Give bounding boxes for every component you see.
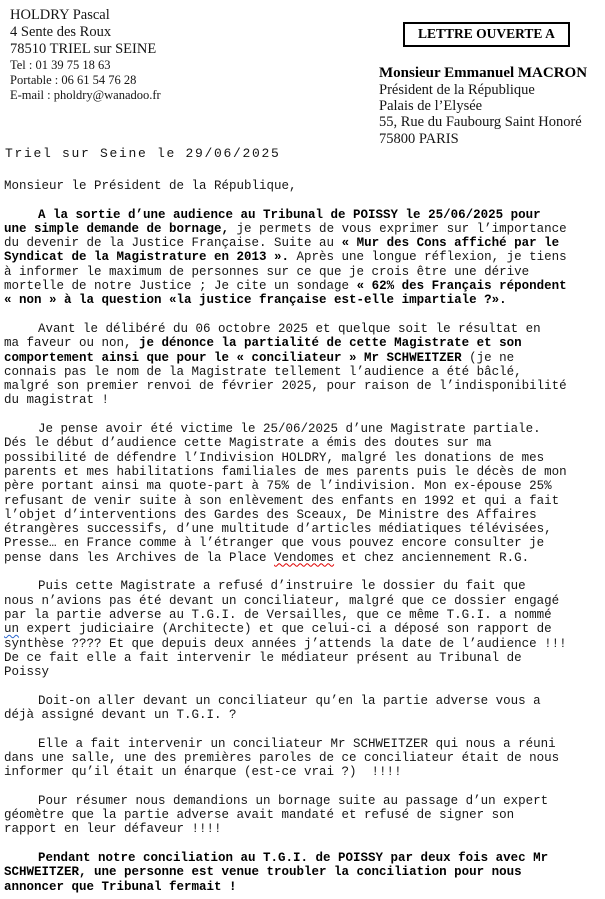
letter-body: Monsieur le Président de la République, … bbox=[4, 179, 601, 894]
text-run: SCHWEITZER, une personne est venue troub… bbox=[4, 865, 522, 879]
text-run: par la partie adverse au T.G.I. de Versa… bbox=[4, 608, 552, 622]
text-run: (je ne bbox=[462, 351, 515, 365]
text-run: Syndicat de la Magistrature en 2013 ». bbox=[4, 250, 289, 264]
text-run: Avant le délibéré du 06 octobre 2025 et … bbox=[38, 322, 541, 336]
body-line: père portant ainsi ma quote-part à 75% d… bbox=[4, 479, 601, 493]
sender-contact-line: Tel : 01 39 75 18 63 bbox=[10, 58, 161, 73]
body-line: Presse… en France comme à l’étranger que… bbox=[4, 536, 601, 550]
text-run: pense dans les Archives de la Place bbox=[4, 551, 274, 565]
recipient-block: LETTRE OUVERTE A Monsieur Emmanuel MACRO… bbox=[379, 22, 587, 147]
body-line: Pour résumer nous demandions un bornage … bbox=[4, 794, 601, 808]
body-line: étrangères successifs, d’une multitude d… bbox=[4, 522, 601, 536]
recipient-address-line: 75800 PARIS bbox=[379, 131, 587, 147]
text-run: « Mur des Cons affiché par le bbox=[342, 236, 560, 250]
sender-address-line: 4 Sente des Roux bbox=[10, 24, 161, 41]
text-run: Poissy bbox=[4, 665, 49, 679]
text-run: géomètre que la partie adverse avait man… bbox=[4, 808, 514, 822]
sender-block: HOLDRY Pascal4 Sente des Roux78510 TRIEL… bbox=[10, 7, 161, 103]
paragraph: Avant le délibéré du 06 octobre 2025 et … bbox=[4, 322, 601, 408]
text-run: Elle a fait intervenir un conciliateur M… bbox=[38, 737, 556, 751]
open-letter-title-box: LETTRE OUVERTE A bbox=[403, 22, 570, 47]
body-line: informer qu’il était un énarque (est-ce … bbox=[4, 765, 601, 779]
body-line: Avant le délibéré du 06 octobre 2025 et … bbox=[4, 322, 601, 336]
body-line: ma faveur ou non, je dénonce la partiali… bbox=[4, 336, 601, 350]
body-line: A la sortie d’une audience au Tribunal d… bbox=[4, 208, 601, 222]
paragraph: Puis cette Magistrate a refusé d’instrui… bbox=[4, 579, 601, 679]
body-line: Puis cette Magistrate a refusé d’instrui… bbox=[4, 579, 601, 593]
text-run: malgré son premier renvoi de février 202… bbox=[4, 379, 567, 393]
text-run: Pour résumer nous demandions un bornage … bbox=[38, 794, 548, 808]
text-run: annoncer que Tribunal fermait ! bbox=[4, 880, 237, 894]
body-line: Dés le début d’audience cette Magistrate… bbox=[4, 436, 601, 450]
text-run: comportement ainsi que pour le « concili… bbox=[4, 351, 462, 365]
sender-address: HOLDRY Pascal4 Sente des Roux78510 TRIEL… bbox=[10, 7, 161, 58]
paragraph: Pendant notre conciliation au T.G.I. de … bbox=[4, 851, 601, 894]
paragraph: Pour résumer nous demandions un bornage … bbox=[4, 794, 601, 837]
body-line: parents et mes habilitations familiales … bbox=[4, 465, 601, 479]
text-run: rapport en leur défaveur !!!! bbox=[4, 822, 222, 836]
text-run: dans une salle, une des premières parole… bbox=[4, 751, 559, 765]
open-letter-page: HOLDRY Pascal4 Sente des Roux78510 TRIEL… bbox=[0, 0, 605, 899]
body-line: possibilité de défendre l’Indivision HOL… bbox=[4, 451, 601, 465]
paragraph: A la sortie d’une audience au Tribunal d… bbox=[4, 208, 601, 308]
body-line: « non » à la question «la justice frança… bbox=[4, 293, 601, 307]
text-run: Doit-on aller devant un conciliateur qu’… bbox=[38, 694, 541, 708]
text-run: une simple demande de bornage, bbox=[4, 222, 229, 236]
body-line: Syndicat de la Magistrature en 2013 ». A… bbox=[4, 250, 601, 264]
body-line: Doit-on aller devant un conciliateur qu’… bbox=[4, 694, 601, 708]
paragraph: Je pense avoir été victime le 25/06/2025… bbox=[4, 422, 601, 565]
text-run: A la sortie d’une audience au Tribunal d… bbox=[38, 208, 541, 222]
body-line: l’objet d’interventions des Gardes des S… bbox=[4, 508, 601, 522]
text-run: informer qu’il était un énarque (est-ce … bbox=[4, 765, 402, 779]
recipient-address-line: Palais de l’Elysée bbox=[379, 98, 587, 114]
text-run: possibilité de défendre l’Indivision HOL… bbox=[4, 451, 544, 465]
body-line: déjà assigné devant un T.G.I. ? bbox=[4, 708, 601, 722]
text-run: mortelle de notre Justice ; Je cite un s… bbox=[4, 279, 357, 293]
text-run: ma faveur ou non, bbox=[4, 336, 139, 350]
body-line: comportement ainsi que pour le « concili… bbox=[4, 351, 601, 365]
body-line: Elle a fait intervenir un conciliateur M… bbox=[4, 737, 601, 751]
sender-contact: Tel : 01 39 75 18 63Portable : 06 61 54 … bbox=[10, 58, 161, 103]
text-run: et chez anciennement R.G. bbox=[334, 551, 529, 565]
body-line: Pendant notre conciliation au T.G.I. de … bbox=[4, 851, 601, 865]
text-run: l’objet d’interventions des Gardes des S… bbox=[4, 508, 537, 522]
paragraph: Elle a fait intervenir un conciliateur M… bbox=[4, 737, 601, 780]
text-run: « 62% des Français répondent bbox=[357, 279, 567, 293]
text-run: je permets de vous exprimer sur l’import… bbox=[229, 222, 567, 236]
body-line: connais pas le nom de la Magistrate tell… bbox=[4, 365, 601, 379]
text-run: synthèse ???? Et que depuis deux années … bbox=[4, 637, 567, 651]
body-line: une simple demande de bornage, je permet… bbox=[4, 222, 601, 236]
recipient-address-line: 55, Rue du Faubourg Saint Honoré bbox=[379, 114, 587, 130]
body-line: SCHWEITZER, une personne est venue troub… bbox=[4, 865, 601, 879]
body-line: du devenir de la Justice Française. Suit… bbox=[4, 236, 601, 250]
body-line: pense dans les Archives de la Place Vend… bbox=[4, 551, 601, 565]
sender-contact-line: E-mail : pholdry@wanadoo.fr bbox=[10, 88, 161, 103]
body-line: rapport en leur défaveur !!!! bbox=[4, 822, 601, 836]
body-line: annoncer que Tribunal fermait ! bbox=[4, 880, 601, 894]
text-run: du magistrat ! bbox=[4, 393, 109, 407]
body-line: un expert judiciaire (Architecte) et que… bbox=[4, 622, 601, 636]
body-line: synthèse ???? Et que depuis deux années … bbox=[4, 637, 601, 651]
body-line: mortelle de notre Justice ; Je cite un s… bbox=[4, 279, 601, 293]
body-line: à informer le maximum de personnes sur c… bbox=[4, 265, 601, 279]
spellcheck-flagged-word: Vendomes bbox=[274, 551, 334, 565]
text-run: expert judiciaire (Architecte) et que ce… bbox=[19, 622, 552, 636]
body-line: par la partie adverse au T.G.I. de Versa… bbox=[4, 608, 601, 622]
body-line: De ce fait elle a fait intervenir le méd… bbox=[4, 651, 601, 665]
salutation: Monsieur le Président de la République, bbox=[4, 179, 601, 193]
text-run: du devenir de la Justice Française. Suit… bbox=[4, 236, 342, 250]
sender-address-line: HOLDRY Pascal bbox=[10, 7, 161, 24]
text-run: De ce fait elle a fait intervenir le méd… bbox=[4, 651, 522, 665]
text-run: connais pas le nom de la Magistrate tell… bbox=[4, 365, 522, 379]
body-line: géomètre que la partie adverse avait man… bbox=[4, 808, 601, 822]
body-line: Je pense avoir été victime le 25/06/2025… bbox=[4, 422, 601, 436]
text-run: Après une longue réflexion, je tiens bbox=[289, 250, 567, 264]
text-run: Dés le début d’audience cette Magistrate… bbox=[4, 436, 492, 450]
text-run: je dénonce la partialité de cette Magist… bbox=[139, 336, 522, 350]
body-line: malgré son premier renvoi de février 202… bbox=[4, 379, 601, 393]
text-run: Presse… en France comme à l’étranger que… bbox=[4, 536, 544, 550]
recipient-address-line: Président de la République bbox=[379, 82, 587, 98]
body-line: Poissy bbox=[4, 665, 601, 679]
text-run: déjà assigné devant un T.G.I. ? bbox=[4, 708, 237, 722]
paragraph: Doit-on aller devant un conciliateur qu’… bbox=[4, 694, 601, 723]
recipient-address: Président de la RépubliquePalais de l’El… bbox=[379, 82, 587, 147]
sender-contact-line: Portable : 06 61 54 76 28 bbox=[10, 73, 161, 88]
text-run: nous n’avions pas été devant un concilia… bbox=[4, 594, 559, 608]
body-line: du magistrat ! bbox=[4, 393, 601, 407]
text-run: « non » à la question «la justice frança… bbox=[4, 293, 507, 307]
sender-address-line: 78510 TRIEL sur SEINE bbox=[10, 41, 161, 58]
body-line: refusant de venir suite à son enlèvement… bbox=[4, 494, 601, 508]
body-line: nous n’avions pas été devant un concilia… bbox=[4, 594, 601, 608]
text-run: étrangères successifs, d’une multitude d… bbox=[4, 522, 552, 536]
recipient-name: Monsieur Emmanuel MACRON bbox=[379, 65, 587, 82]
text-run: père portant ainsi ma quote-part à 75% d… bbox=[4, 479, 552, 493]
text-run: refusant de venir suite à son enlèvement… bbox=[4, 494, 559, 508]
text-run: Puis cette Magistrate a refusé d’instrui… bbox=[38, 579, 526, 593]
text-run: à informer le maximum de personnes sur c… bbox=[4, 265, 529, 279]
text-run: Pendant notre conciliation au T.G.I. de … bbox=[38, 851, 548, 865]
body-line: dans une salle, une des premières parole… bbox=[4, 751, 601, 765]
grammar-flagged-word: un bbox=[4, 622, 19, 636]
date-line: Triel sur Seine le 29/06/2025 bbox=[5, 146, 281, 161]
text-run: Je pense avoir été victime le 25/06/2025… bbox=[38, 422, 541, 436]
text-run: parents et mes habilitations familiales … bbox=[4, 465, 567, 479]
